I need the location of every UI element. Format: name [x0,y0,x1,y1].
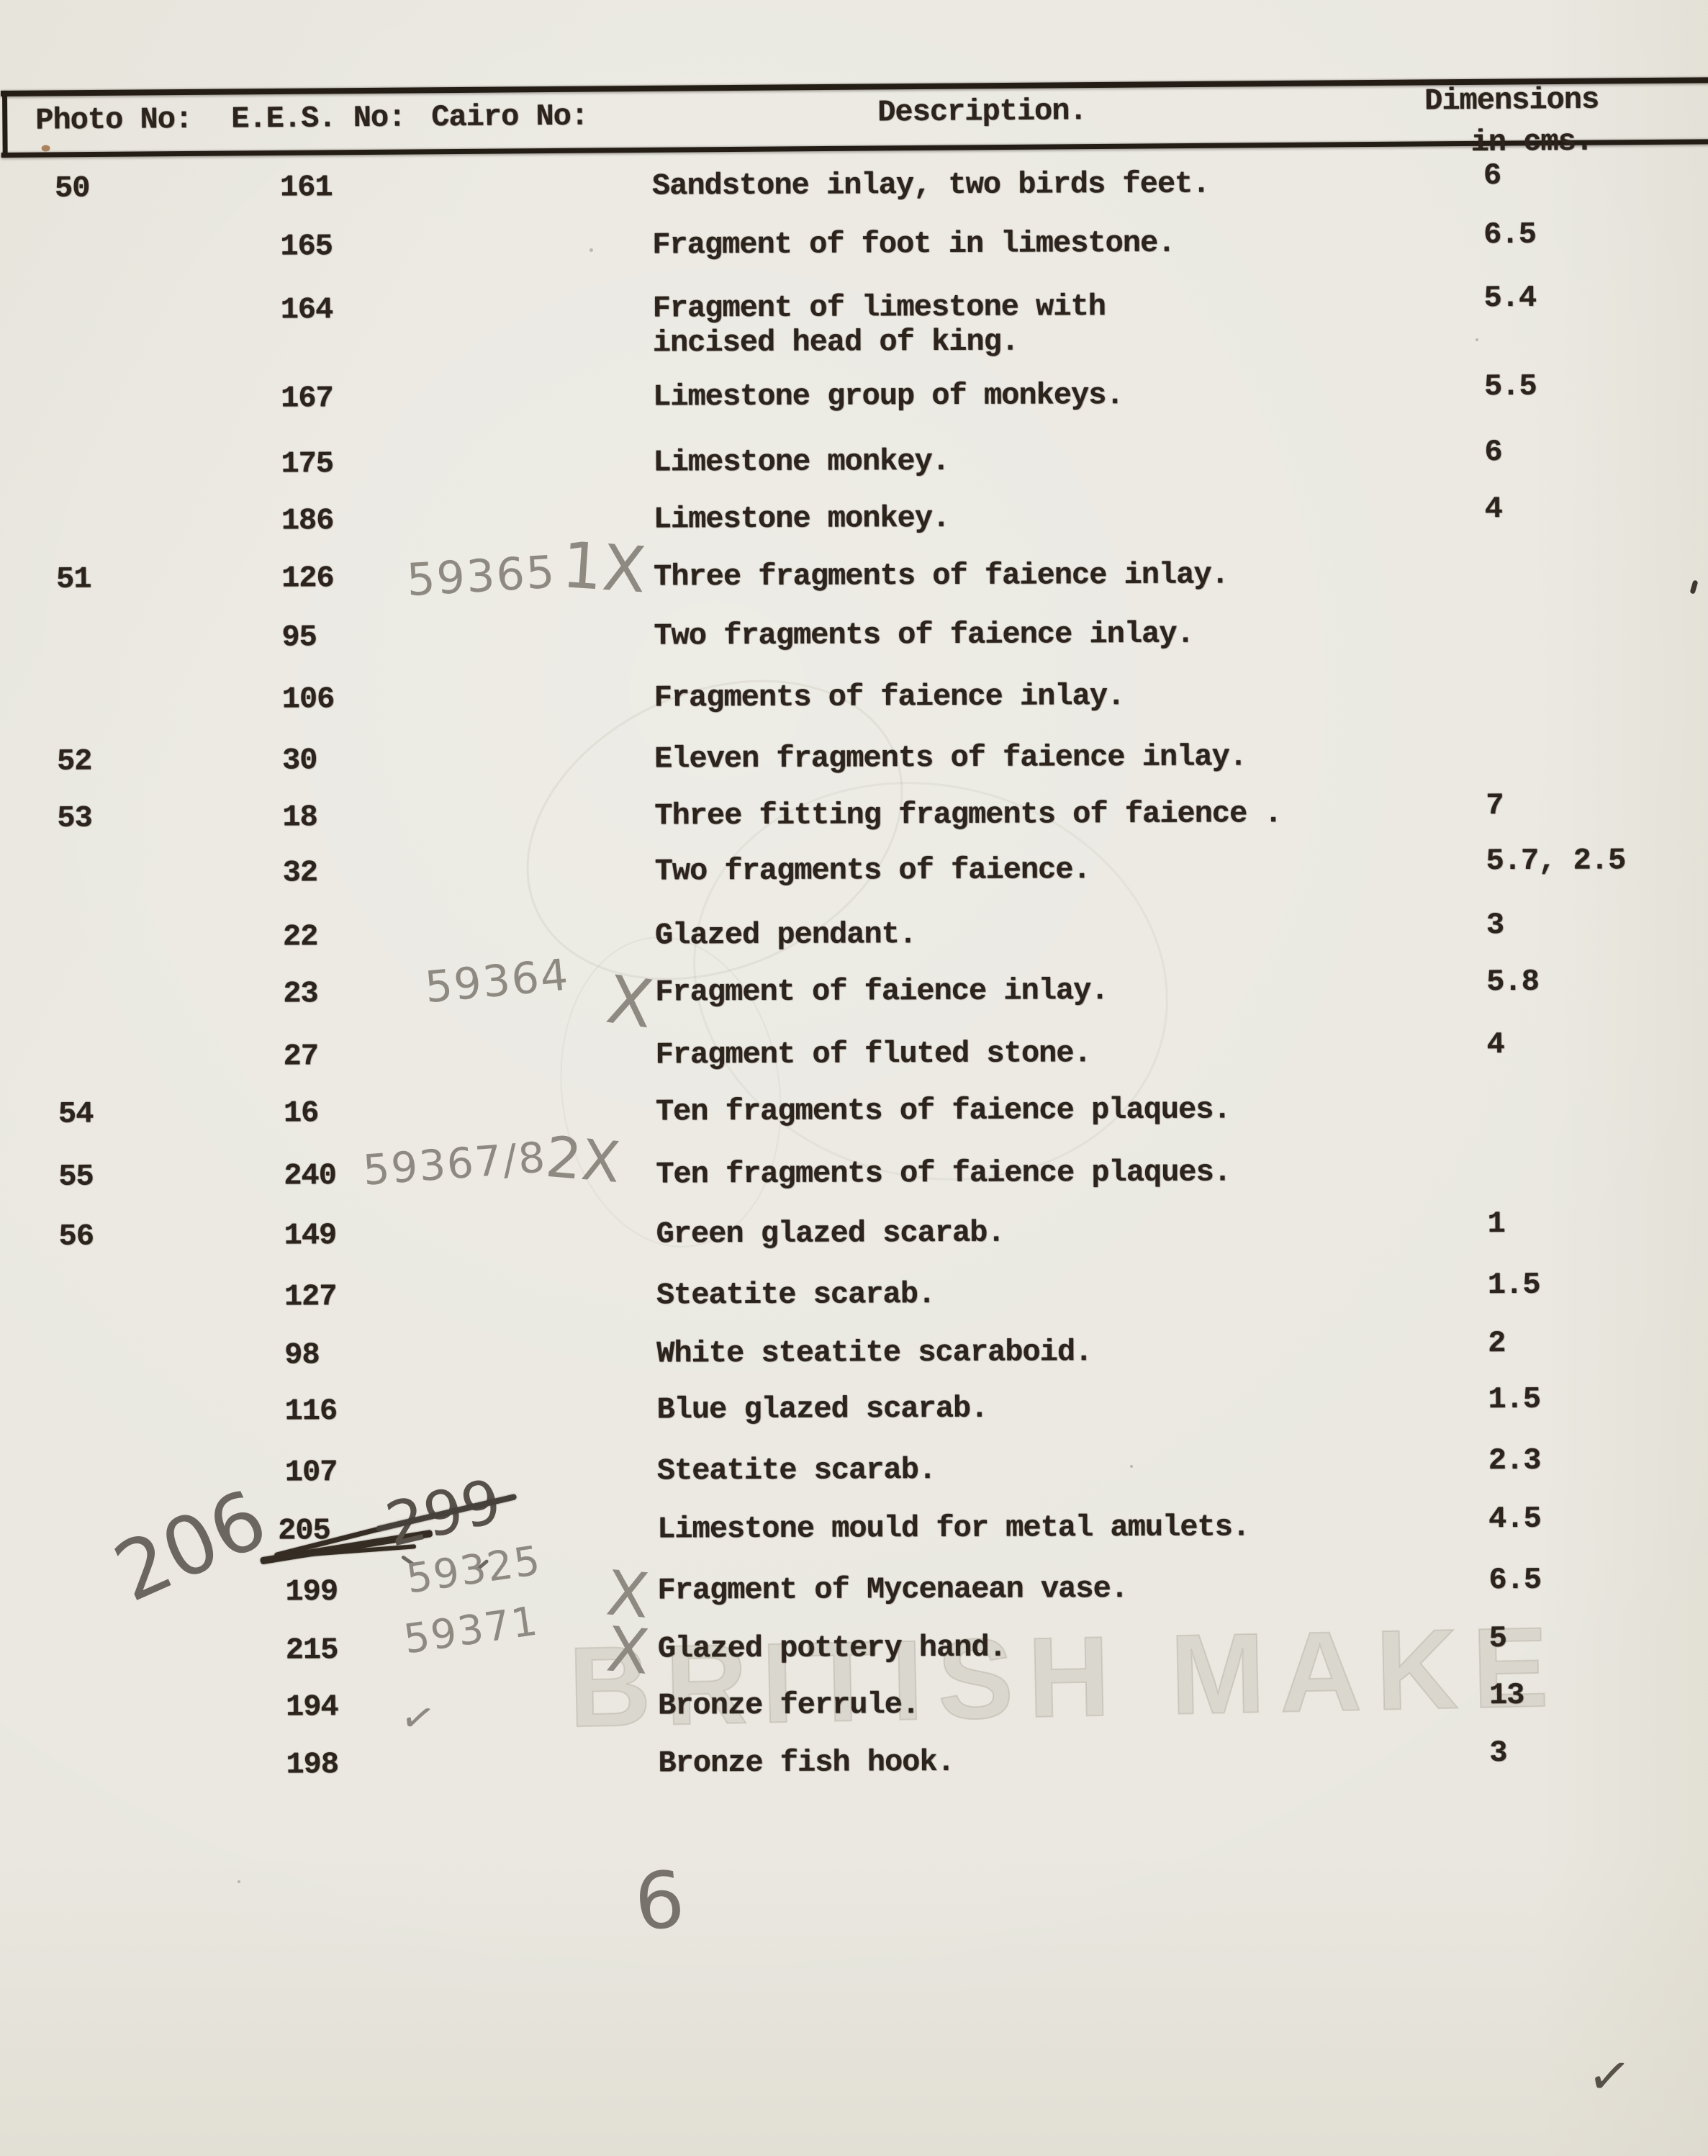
pencil-checkmark: ✓ [397,1696,438,1742]
scanned-register-page: BRITISH MAKE Photo No: E.E.S. No: Cairo … [0,0,1708,2156]
dimension-value: 6 [1483,160,1501,192]
description-line: Ten fragments of faience plaques. [656,1093,1231,1128]
description-line: Fragment of fluted stone. [656,1037,1091,1072]
photo-no: 54 [58,1099,94,1132]
ees-no: 95 [281,621,317,654]
cairo-x-mark: X [604,1618,651,1684]
description-line: Limestone group of monkeys. [653,379,1124,414]
ees-no: 149 [284,1219,337,1253]
dimension-value: 7 [1486,790,1503,822]
description-line: Three fragments of faience inlay. [654,559,1229,593]
ees-no: 23 [283,978,318,1011]
ees-no: 16 [284,1097,319,1130]
ees-no: 106 [282,683,335,716]
description-line: Bronze fish hook. [658,1746,954,1780]
description-line: Fragment of Mycenaean vase. [657,1573,1128,1607]
description-line: Sandstone inlay, two birds feet. [652,168,1210,203]
dimension-value: 2.3 [1488,1445,1541,1478]
photo-no: 55 [58,1161,94,1194]
ees-no: 198 [286,1749,338,1782]
ees-no: 199 [285,1576,338,1609]
page-number: 6 [631,1861,687,1943]
paper-speck [867,239,869,242]
dimension-value: 1.5 [1488,1384,1540,1417]
paper-speck [1476,338,1478,341]
description-line: Fragments of faience inlay. [654,680,1125,715]
ees-no: 30 [282,744,317,777]
description-line: Ten fragments of faience plaques. [656,1156,1231,1191]
ees-no: 98 [284,1339,320,1372]
dimension-value: 5.4 [1484,282,1537,315]
ees-no: 107 [285,1456,338,1489]
dimension-value: 4 [1485,493,1502,526]
cairo-annotation: 59365 [406,550,557,603]
description-line: Two fragments of faience inlay. [654,618,1193,653]
cairo-x-mark: 1X [560,533,648,602]
ees-no: 165 [280,230,333,263]
ees-no: 161 [280,171,333,204]
cairo-x-mark: X [602,967,656,1039]
ees-no: 126 [281,562,334,595]
ees-no: 186 [281,505,334,538]
paper-speck [589,248,593,252]
table-rows: 205 299 50161Sandstone inlay, two birds … [0,0,1708,2156]
dimension-value: 1.5 [1488,1269,1540,1302]
ees-no: 167 [281,382,333,415]
dimension-value: 2 [1488,1327,1505,1360]
description-line: Green glazed scarab. [656,1217,1005,1251]
ees-no: 18 [282,801,317,834]
ees-no: 175 [281,448,333,481]
cairo-annotation: 59367/8 [361,1136,548,1191]
description-line: incised head of king. [653,326,1018,360]
ees-no: 27 [284,1040,319,1073]
dimension-value: 1 [1487,1208,1504,1240]
dimension-value: 6 [1484,436,1501,469]
dimension-value: 5.8 [1486,966,1539,999]
ees-no: 164 [281,294,333,327]
ees-no: 194 [286,1691,338,1724]
description-line: Fragment of limestone with [653,291,1106,325]
description-line: Steatite scarab. [657,1454,936,1488]
photo-no: 52 [57,746,92,779]
description-line: White steatite scaraboid. [656,1336,1092,1371]
photo-no: 53 [57,803,92,836]
dimension-value: 5.7, 2.5 [1486,844,1626,878]
ees-no: 22 [283,921,318,954]
dimension-value: 6.5 [1483,219,1536,252]
ees-no: 116 [284,1395,337,1428]
bottom-checkmark: ✓ [1585,2048,1635,2105]
description-line: Blue glazed scarab. [656,1393,988,1427]
description-line: Bronze ferrule. [658,1689,919,1723]
description-line: Limestone monkey. [654,502,950,536]
description-line: Fragment of foot in limestone. [652,227,1175,262]
dimension-value: 5.5 [1484,371,1537,404]
paper-speck [1130,1465,1133,1468]
photo-no: 51 [56,564,91,597]
dimension-value: 3 [1486,909,1504,942]
ees-no: 32 [283,857,318,890]
paper-speck [238,1880,240,1883]
description-line: Steatite scarab. [656,1278,935,1312]
dimension-value: 6.5 [1488,1564,1541,1597]
description-line: Limestone monkey. [653,446,949,479]
photo-no: 56 [59,1221,94,1254]
dimension-value: 5 [1489,1623,1506,1655]
dimension-value: 3 [1489,1737,1506,1769]
description-line: Glazed pendant. [655,919,916,952]
ees-no: 215 [286,1634,338,1667]
cairo-x-mark: 2X [543,1129,622,1191]
dimension-value: 4.5 [1488,1503,1541,1536]
cairo-annotation: 59371 [402,1601,541,1660]
dimension-value: 13 [1489,1679,1524,1713]
description-line: Limestone mould for metal amulets. [657,1511,1250,1546]
ees-no: 127 [284,1281,337,1314]
ees-no: 240 [284,1160,336,1193]
cairo-annotation: 59364 [423,953,571,1009]
description-line: Two fragments of faience. [655,854,1090,888]
description-line: Glazed pottery hand. [658,1632,1006,1666]
description-line: Fragment of faience inlay. [655,975,1108,1009]
photo-no: 50 [55,173,90,206]
description-line: Three fitting fragments of faience . [654,798,1282,833]
dimension-value: 4 [1487,1029,1504,1061]
description-line: Eleven fragments of faience inlay. [654,741,1247,776]
